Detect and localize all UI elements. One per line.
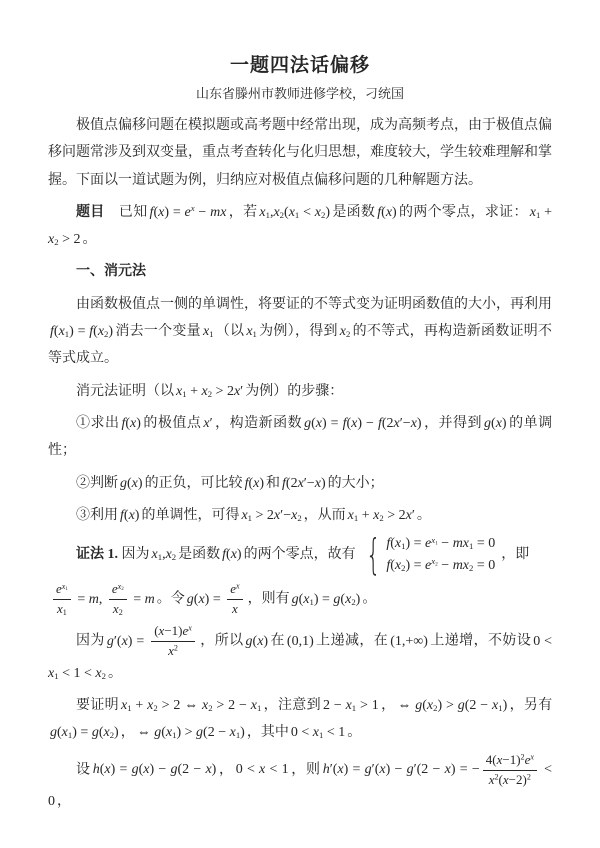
- text-run: 的两个零点，故有: [244, 547, 356, 562]
- text-run: 消去一个变量: [115, 324, 201, 339]
- fraction: exx: [227, 581, 242, 618]
- math-inline: x1: [246, 324, 257, 339]
- step-3: ③利用f(x)的单调性，可得x1 > 2x′−x2，从而x1 + x2 > 2x…: [48, 502, 552, 529]
- math-inline: f(x1) = f(x2): [50, 324, 113, 339]
- steps-intro: 消元法证明（以x1 + x2 > 2x′为例）的步骤：: [48, 378, 552, 405]
- document-page: 一题四法话偏移 山东省滕州市教师进修学校，刁统国 极值点偏移问题在模拟题或高考题…: [0, 0, 600, 848]
- math-inline: f(2x′−x): [282, 476, 326, 491]
- math-inline: x1,x2: [152, 547, 177, 562]
- intro-paragraph: 极值点偏移问题在模拟题或高考题中经常出现，成为高频考点，由于极值点偏移问题常涉及…: [48, 112, 552, 194]
- text-run: ，: [381, 698, 396, 713]
- text-run: 。: [417, 508, 431, 523]
- text-run: ，其中: [247, 725, 289, 740]
- text-run: 。: [362, 592, 376, 607]
- math-inline: ⇔ g(x2) > g(2 − x1): [397, 698, 507, 713]
- text-run: ，另有: [509, 698, 552, 713]
- text-run: ，注意到: [263, 698, 321, 713]
- text-run: ，则: [291, 762, 321, 777]
- text-run: ，并得到: [424, 416, 482, 431]
- text-run: 已知: [105, 205, 148, 220]
- text-run: 一、消元法: [76, 264, 146, 279]
- proof-1-line-1: 证法 1. 因为x1,x2是函数f(x)的两个零点，故有{f(x1) = ex1…: [48, 534, 552, 576]
- document-title: 一题四法话偏移: [48, 50, 552, 77]
- text-run: ，构造新函数: [215, 416, 302, 431]
- text-run: ，所以: [200, 634, 244, 649]
- math-inline: f(x): [121, 416, 140, 431]
- text-run: ③利用: [76, 508, 118, 523]
- text-run: ①求出: [76, 416, 119, 431]
- text-run: （以: [216, 324, 245, 339]
- math-inline: x1: [203, 324, 214, 339]
- math-inline: g(x) = f(x) − f(2x′−x): [304, 416, 421, 431]
- math-inline: g(x): [246, 634, 269, 649]
- section-heading-1: 一、消元法: [48, 258, 552, 285]
- math-inline: (1,+∞): [390, 634, 428, 649]
- math-inline: f(x): [377, 205, 396, 220]
- fraction: 4(x−1)2exx2(x−2)2: [483, 752, 537, 789]
- equation-rows: f(x1) = ex1 − mx1 = 0f(x2) = ex2 − mx2 =…: [384, 534, 497, 576]
- document-byline: 山东省滕州市教师进修学校，刁统国: [48, 83, 552, 102]
- text-run: 。: [108, 666, 122, 681]
- math-inline: x1 + x2 > 2x′: [348, 508, 415, 523]
- text-run: ，若: [228, 205, 257, 220]
- proof-1-line-5: 设h(x) = g(x) − g(2 − x)，0 < x < 1，则h′(x)…: [48, 752, 552, 816]
- step-2: ②判断g(x)的正负，可比较f(x)和f(2x′−x)的大小；: [48, 470, 552, 497]
- text-run: 上递增，不妨设: [430, 634, 531, 649]
- proof-1-line-2: ex1x1 = m, ex2x2 = m。令g(x) = exx，则有g(x1)…: [48, 581, 552, 618]
- math-inline: g′(x) = (x−1)exx2: [107, 634, 198, 649]
- text-run: 。: [347, 725, 361, 740]
- fraction: ex2x2: [109, 581, 127, 618]
- math-inline: x1 + x2 > 2 ⇔ x2 > 2 − x1: [121, 698, 261, 713]
- text-run: ，则有: [248, 592, 290, 607]
- text-run: 因为: [118, 547, 150, 562]
- equation-system: {f(x1) = ex1 − mx1 = 0f(x2) = ex2 − mx2 …: [360, 534, 498, 576]
- math-inline: 0 < x < 1: [236, 762, 289, 777]
- text-run: 。: [82, 232, 96, 247]
- math-inline: f(x): [222, 547, 241, 562]
- math-inline: 0 < x1 < 1: [291, 725, 345, 740]
- math-inline: (0,1): [287, 634, 314, 649]
- text-run: ②判断: [76, 476, 118, 491]
- equation-row: f(x2) = ex2 − mx2 = 0: [386, 556, 495, 576]
- math-inline: x′: [203, 416, 212, 431]
- math-inline: g(x): [120, 476, 143, 491]
- math-inline: f(x) = ex − mx: [150, 205, 227, 220]
- text-run: 由函数极值点一侧的单调性，将要证的不等式变为证明函数值的大小，再利用: [76, 297, 552, 312]
- math-inline: x1,x2(x1 < x2): [259, 205, 330, 220]
- math-inline: h(x) = g(x) − g(2 − x): [93, 762, 217, 777]
- text-run: 消元法证明（以: [76, 384, 174, 399]
- math-inline: g(x): [484, 416, 507, 431]
- text-run: ，从而: [304, 508, 346, 523]
- text-run: ，: [121, 725, 135, 740]
- left-brace: {: [366, 534, 381, 576]
- math-inline: f(x): [120, 508, 139, 523]
- text-run: 在: [270, 634, 285, 649]
- proof-1-line-4: 要证明x1 + x2 > 2 ⇔ x2 > 2 − x1，注意到2 − x1 >…: [48, 692, 552, 747]
- text-run: 和: [266, 476, 280, 491]
- text-run: ，即: [501, 547, 529, 562]
- math-inline: x2: [340, 324, 351, 339]
- text-run: 设: [76, 762, 91, 777]
- text-run: 是函数: [332, 205, 375, 220]
- fraction: (x−1)exx2: [151, 623, 195, 660]
- math-inline: g(x1) = g(x2): [50, 725, 119, 740]
- text-run: 的单调性，可得: [141, 508, 239, 523]
- math-inline: x1 + x2 > 2x′: [176, 384, 243, 399]
- text-run: ，: [57, 794, 71, 809]
- math-inline: x1 > 2x′−x2: [241, 508, 301, 523]
- text-run: 上递减，在: [316, 634, 388, 649]
- text-run: 的极值点: [143, 416, 201, 431]
- equation-row: f(x1) = ex1 − mx1 = 0: [386, 534, 495, 554]
- text-run: 要证明: [76, 698, 119, 713]
- math-inline: ex1x1 = m, ex2x2 = m: [50, 592, 155, 607]
- text-run: 为例）的步骤：: [245, 384, 343, 399]
- step-1: ①求出f(x)的极值点x′，构造新函数g(x) = f(x) − f(2x′−x…: [48, 410, 552, 465]
- method-description: 由函数极值点一侧的单调性，将要证的不等式变为证明函数值的大小，再利用f(x1) …: [48, 291, 552, 373]
- proof-1-line-3: 因为g′(x) = (x−1)exx2，所以g(x)在(0,1)上递减，在(1,…: [48, 623, 552, 687]
- text-run: 的两个零点，求证：: [399, 205, 528, 220]
- problem-statement: 题目 已知f(x) = ex − mx，若x1,x2(x1 < x2)是函数f(…: [48, 199, 552, 254]
- text-run: ，: [218, 762, 233, 777]
- text-run: 是函数: [178, 547, 220, 562]
- text-run: 因为: [76, 634, 105, 649]
- bold-label: 证法 1.: [76, 547, 118, 562]
- math-inline: ⇔ g(x1) > g(2 − x1): [137, 725, 245, 740]
- document-body: 极值点偏移问题在模拟题或高考题中经常出现，成为高频考点，由于极值点偏移问题常涉及…: [48, 112, 552, 816]
- math-inline: g(x1) = g(x2): [292, 592, 361, 607]
- text-run: 的大小；: [328, 476, 384, 491]
- math-inline: f(x): [245, 476, 264, 491]
- fraction: ex1x1: [53, 581, 71, 618]
- text-run: 的正负，可比较: [145, 476, 243, 491]
- text-run: 极值点偏移问题在模拟题或高考题中经常出现，成为高频考点，由于极值点偏移问题常涉及…: [48, 118, 552, 188]
- math-inline: 2 − x1 > 1: [323, 698, 379, 713]
- math-inline: g(x) = exx: [187, 592, 246, 607]
- text-run: 。令: [157, 592, 185, 607]
- text-run: 为例），得到: [259, 324, 338, 339]
- bold-label: 题目: [76, 205, 105, 220]
